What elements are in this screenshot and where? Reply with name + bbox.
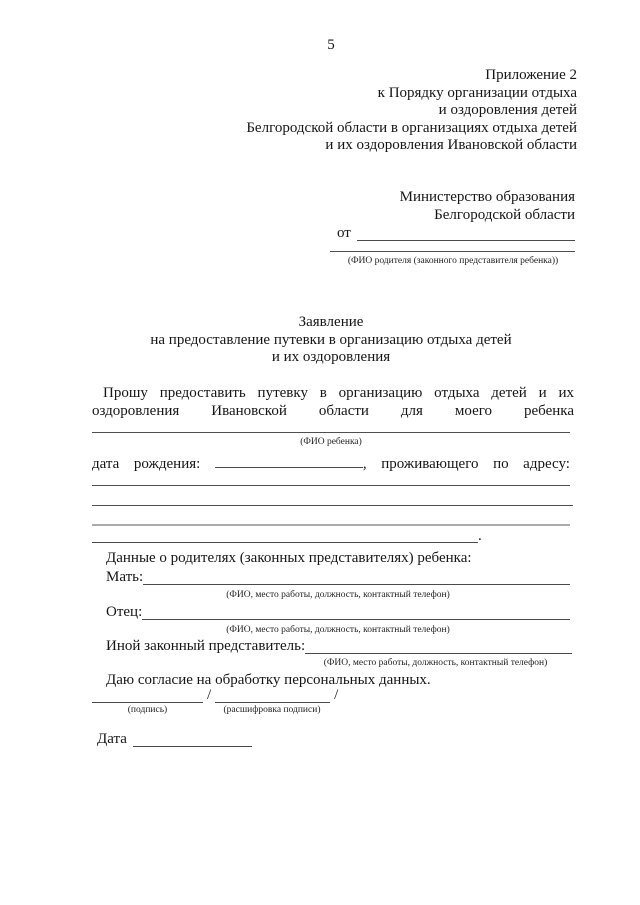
birth-word-4: по xyxy=(493,457,509,472)
signature-slash-2: / xyxy=(330,688,342,703)
other-representative-label: Иной законный представитель: xyxy=(106,639,305,654)
signature-write-in-line xyxy=(92,688,203,703)
signature-slash-1: / xyxy=(203,688,215,703)
child-fio-caption: (ФИО ребенка) xyxy=(92,437,570,448)
father-row: Отец: xyxy=(106,605,570,620)
birth-word-1: дата xyxy=(92,457,119,472)
birth-date-blank-group: , xyxy=(215,455,367,472)
date-label: Дата xyxy=(97,732,127,747)
birth-comma: , xyxy=(363,456,367,472)
document-title: Заявление на предоставление путевки в ор… xyxy=(92,314,570,367)
mother-caption: (ФИО, место работы, должность, контактны… xyxy=(106,590,570,601)
appendix-line-5: и их оздоровления Ивановской области xyxy=(200,137,577,155)
address-write-in-line-3 xyxy=(92,524,570,526)
appendix-line-2: к Порядку организации отдыха xyxy=(200,85,577,103)
mother-write-in-line xyxy=(143,570,570,585)
mother-label: Мать: xyxy=(106,570,143,585)
addressee-line-2: Белгородской области xyxy=(300,207,575,225)
other-representative-caption: (ФИО, место работы, должность, контактны… xyxy=(293,658,578,669)
address-last-line-row: . xyxy=(92,529,482,543)
appendix-note: Приложение 2 к Порядку организации отдых… xyxy=(200,67,577,155)
parent-name-write-in-line xyxy=(330,251,575,252)
addressee-line-1: Министерство образования xyxy=(300,189,575,207)
request-paragraph: Прошу предоставить путевку в организацию… xyxy=(92,384,574,420)
birth-word-3: проживающего xyxy=(381,457,478,472)
request-line-2: оздоровления Ивановской области для моег… xyxy=(92,402,574,420)
document-page: 5 Приложение 2 к Порядку организации отд… xyxy=(0,0,640,905)
appendix-line-1: Приложение 2 xyxy=(200,67,577,85)
consent-statement: Даю согласие на обработку персональных д… xyxy=(106,672,576,689)
request-line-1: Прошу предоставить путевку в организацию… xyxy=(92,384,574,402)
parents-data-heading: Данные о родителях (законных представите… xyxy=(106,550,576,567)
mother-row: Мать: xyxy=(106,570,570,585)
title-line-3: и их оздоровления xyxy=(92,349,570,367)
from-label: от xyxy=(337,226,351,241)
address-write-in-line-1 xyxy=(92,485,570,486)
page-number: 5 xyxy=(92,37,570,54)
address-period: . xyxy=(478,529,482,544)
birth-word-5: адресу: xyxy=(523,457,570,472)
birth-word-2: рождения: xyxy=(134,457,200,472)
signature-caption: (подпись) xyxy=(92,705,203,716)
other-representative-row: Иной законный представитель: xyxy=(106,639,572,654)
title-line-2: на предоставление путевки в организацию … xyxy=(92,332,570,350)
father-label: Отец: xyxy=(106,605,142,620)
title-line-1: Заявление xyxy=(92,314,570,332)
addressee-block: Министерство образования Белгородской об… xyxy=(300,189,575,224)
signature-decipher-caption: (расшифровка подписи) xyxy=(213,705,331,716)
appendix-line-4: Белгородской области в организациях отды… xyxy=(200,120,577,138)
date-row: Дата xyxy=(97,732,252,747)
address-write-in-line-4 xyxy=(92,529,478,543)
birth-date-write-in-line xyxy=(215,455,363,468)
from-row: от xyxy=(337,226,575,241)
father-caption: (ФИО, место работы, должность, контактны… xyxy=(106,625,570,636)
date-write-in-line xyxy=(133,732,252,747)
parent-fio-caption: (ФИО родителя (законного представителя р… xyxy=(318,256,588,267)
other-representative-write-in-line xyxy=(305,639,572,654)
from-write-in-line xyxy=(357,226,575,241)
child-name-write-in-line xyxy=(92,432,570,433)
father-write-in-line xyxy=(142,605,570,620)
signature-name-write-in-line xyxy=(215,688,330,703)
appendix-line-3: и оздоровления детей xyxy=(200,102,577,120)
signature-row: / / xyxy=(92,688,342,703)
address-write-in-line-2 xyxy=(92,505,573,506)
birth-date-row: дата рождения: , проживающего по адресу: xyxy=(92,455,570,472)
